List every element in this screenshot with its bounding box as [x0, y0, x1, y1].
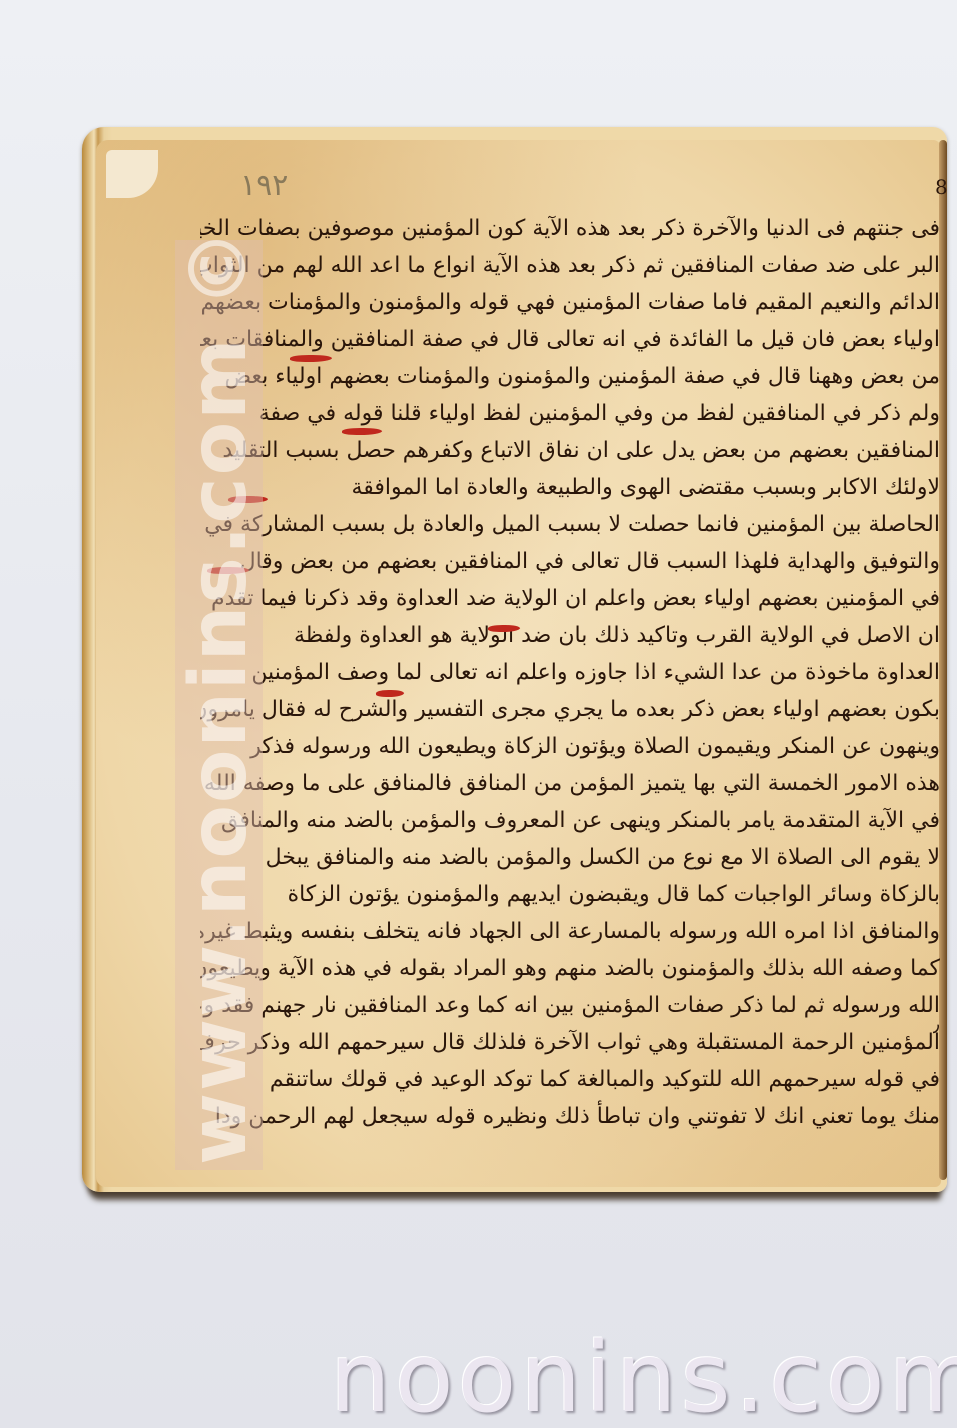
text-line: البر على ضد صفات المنافقين ثم ذكر بعد هذ… — [200, 247, 940, 284]
text-line: بالزكاة وسائر الواجبات كما قال ويقبضون ا… — [200, 876, 940, 913]
text-line: لا يقوم الى الصلاة الا مع نوع من الكسل و… — [200, 839, 940, 876]
text-line: هذه الامور الخمسة التي بها يتميز المؤمن … — [200, 765, 940, 802]
manuscript-text: فى جنتهم فى الدنيا والآخرة ذكر بعد هذه ا… — [200, 210, 940, 1135]
text-line: في قوله سيرحمهم الله للتوكيد والمبالغة ك… — [200, 1061, 940, 1098]
text-line: لاولئك الاكابر وبسبب مقتضى الهوى والطبيع… — [200, 469, 940, 506]
text-line: والمنافق اذا امره الله ورسوله بالمسارعة … — [200, 913, 940, 950]
text-line: الله ورسوله ثم لما ذكر صفات المؤمنين بين… — [200, 987, 940, 1024]
text-line: والتوفيق والهداية فلهذا السبب قال تعالى … — [200, 543, 940, 580]
text-line: في المؤمنين بعضهم اولياء بعض واعلم ان ال… — [200, 580, 940, 617]
text-line: المؤمنين الرحمة المستقبلة وهي ثواب الآخر… — [200, 1024, 940, 1061]
text-line: العداوة ماخوذة من عدا الشيء اذا جاوزه وا… — [200, 654, 940, 691]
folio-number: ١٩٢ — [240, 168, 288, 203]
text-line: ان الاصل في الولاية القرب وتاكيد ذلك بان… — [200, 617, 940, 654]
margin-mark: ٫ — [933, 1012, 940, 1036]
watermark-vertical: www.noonins.com © — [174, 227, 264, 1165]
text-line: من بعض وههنا قال في صفة المؤمنين والمؤمن… — [200, 358, 940, 395]
text-line: وينهون عن المنكر ويقيمون الصلاة ويؤتون ا… — [200, 728, 940, 765]
text-line: في الآية المتقدمة يامر بالمنكر وينهى عن … — [200, 802, 940, 839]
text-line: منك يوما تعني انك لا تفوتني وان تباطأ ذل… — [200, 1098, 940, 1135]
text-line: بكون بعضهم اولياء بعض ذكر بعده ما يجري م… — [200, 691, 940, 728]
text-line: الحاصلة بين المؤمنين فانما حصلت لا بسبب … — [200, 506, 940, 543]
text-line: الدائم والنعيم المقيم فاما صفات المؤمنين… — [200, 284, 940, 321]
watermark-bottom: noonins.com — [330, 1322, 957, 1428]
text-line: اولياء بعض فان قيل ما الفائدة في انه تعا… — [200, 321, 940, 358]
text-line: ولم ذكر في المنافقين لفظ من وفي المؤمنين… — [200, 395, 940, 432]
text-line: المنافقين بعضهم من بعض يدل على ان نفاق ا… — [200, 432, 940, 469]
binding-edge — [939, 140, 947, 1180]
margin-mark: 8 — [935, 175, 948, 199]
text-line: فى جنتهم فى الدنيا والآخرة ذكر بعد هذه ا… — [200, 210, 940, 247]
text-line: كما وصفه الله بذلك والمؤمنون بالضد منهم … — [200, 950, 940, 987]
